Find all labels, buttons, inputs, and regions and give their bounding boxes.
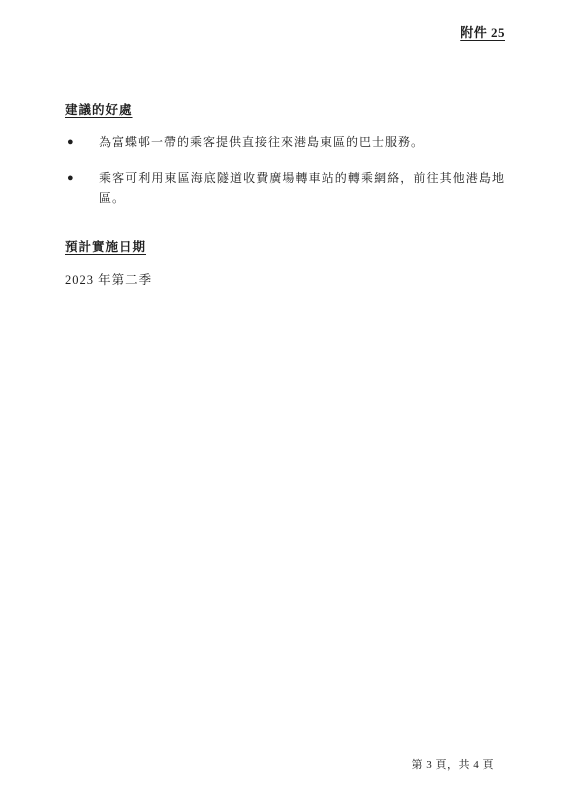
bullet-text: 乘客可利用東區海底隧道收費廣場轉車站的轉乘網絡，前往其他港島地區。 <box>99 168 505 208</box>
bullet-icon: ● <box>65 168 99 188</box>
document-page: 附件 25 建議的好處 ● 為富蝶邨一帶的乘客提供直接往來港島東區的巴士服務。 … <box>0 0 566 800</box>
bullet-item: ● 乘客可利用東區海底隧道收費廣場轉車站的轉乘網絡，前往其他港島地區。 <box>65 168 505 208</box>
section-heading-implementation-date: 預計實施日期 <box>65 240 146 255</box>
implementation-date-text: 2023 年第二季 <box>65 273 152 288</box>
bullet-item: ● 為富蝶邨一帶的乘客提供直接往來港島東區的巴士服務。 <box>65 132 505 152</box>
page-number-indicator: 第 3 頁，共 4 頁 <box>412 759 495 772</box>
bullet-icon: ● <box>65 132 99 152</box>
appendix-label: 附件 25 <box>460 26 505 39</box>
section-heading-benefits: 建議的好處 <box>65 103 133 118</box>
bullet-text: 為富蝶邨一帶的乘客提供直接往來港島東區的巴士服務。 <box>99 132 505 152</box>
